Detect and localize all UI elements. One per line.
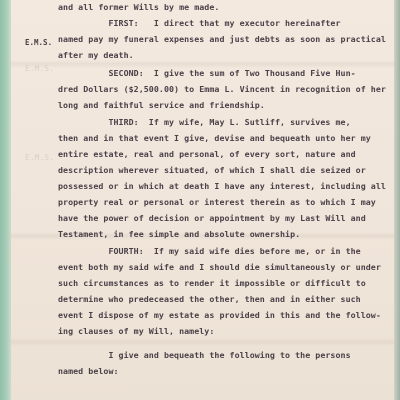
- text-line: dred Dollars ($2,500.00) to Emma L. Vinc…: [58, 84, 386, 94]
- green-backing-strip-left: [0, 0, 11, 400]
- paper-fold-shadow: [11, 338, 394, 346]
- text-line: and all former Wills by me made.: [58, 2, 219, 12]
- text-line: possessed or in which at death I have an…: [58, 181, 386, 191]
- margin-initials: E.M.S.: [25, 38, 52, 47]
- text-line: FOURTH: If my said wife dies before me, …: [58, 246, 361, 256]
- paper-fold-shadow: [11, 60, 394, 68]
- text-line: ing clauses of my Will, namely:: [58, 326, 214, 336]
- text-line: entire estate, real and personal, of eve…: [58, 149, 356, 159]
- text-line: event both my said wife and I should die…: [58, 262, 381, 272]
- text-line: named below:: [58, 366, 119, 376]
- text-line: event I dispose of my estate as provided…: [58, 310, 381, 320]
- text-line: determine who predeceased the other, the…: [58, 294, 361, 304]
- text-line: have the power of decision or appointmen…: [58, 213, 366, 223]
- text-line: FIRST: I direct that my executor hereina…: [58, 18, 341, 28]
- text-line: such circumstances as to render it impos…: [58, 278, 366, 288]
- backing-strip-right: [394, 0, 400, 400]
- margin-initials-bleedthrough: E.M.S.: [25, 64, 54, 73]
- text-line: Testament, in fee simple and absolute ow…: [58, 229, 300, 239]
- margin-initials-bleedthrough: E.M.S.: [25, 153, 54, 162]
- text-line: named pay my funeral expenses and just d…: [58, 34, 386, 44]
- text-line: then and in that event I give, devise an…: [58, 133, 371, 143]
- text-line: SECOND: I give the sum of Two Thousand F…: [58, 68, 356, 78]
- text-line: description wherever situated, of which …: [58, 165, 366, 175]
- text-line: long and faithful service and friendship…: [58, 100, 265, 110]
- text-line: I give and bequeath the following to the…: [58, 350, 351, 360]
- text-line: THIRD: If my wife, May L. Sutliff, survi…: [58, 117, 351, 127]
- text-line: property real or personal or interest th…: [58, 197, 376, 207]
- text-line: after my death.: [58, 50, 134, 60]
